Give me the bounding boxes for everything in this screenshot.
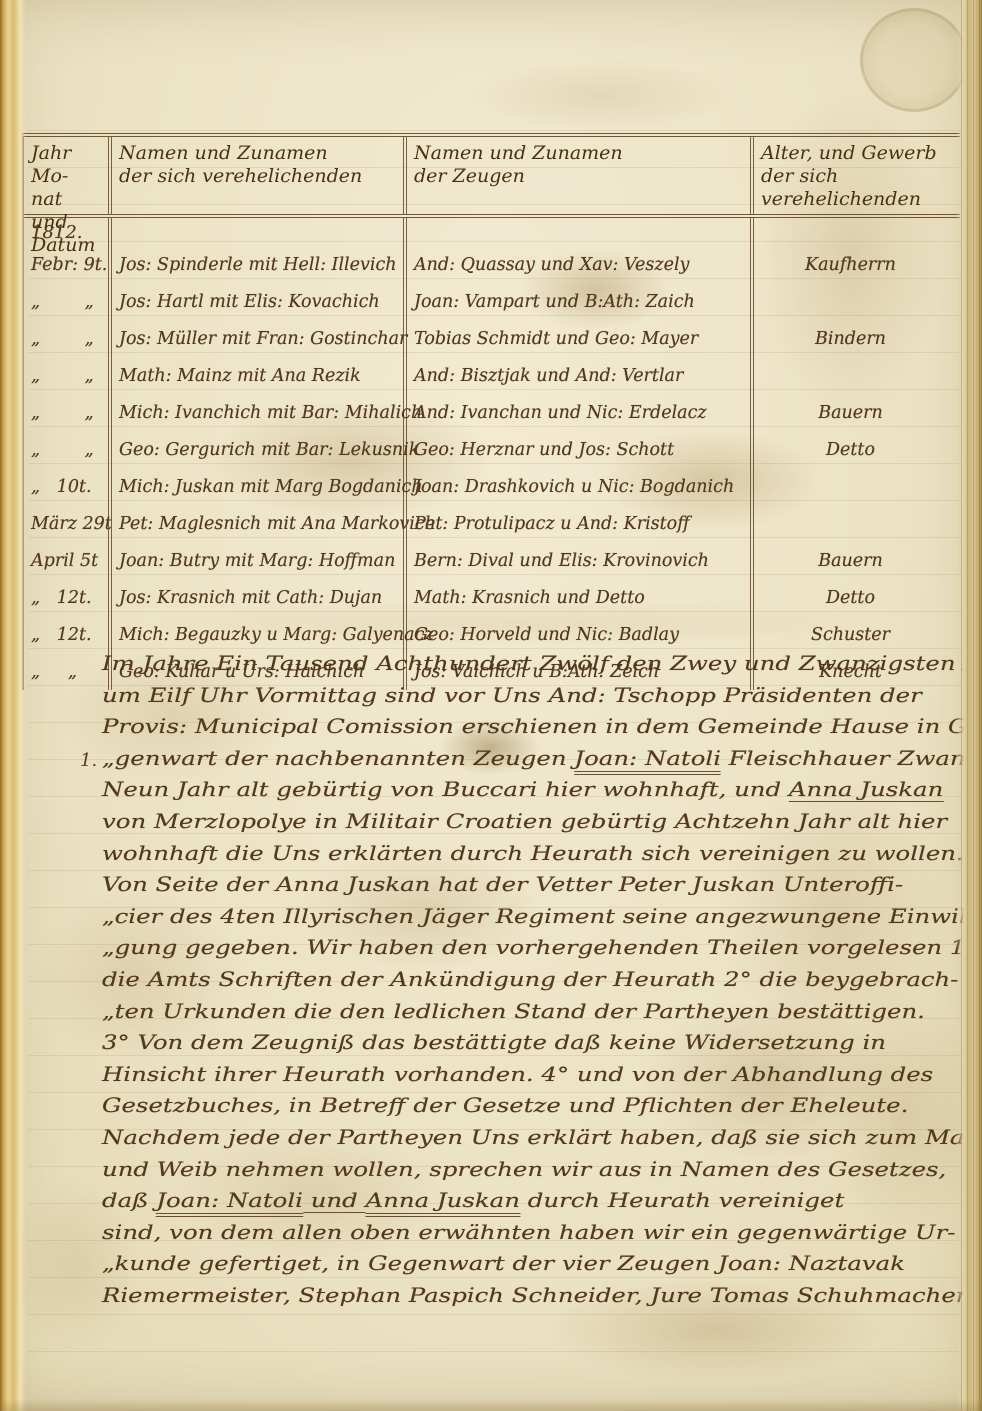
body-line: „kunde gefertiget, in Gegenwart der vier… xyxy=(102,1248,956,1280)
cell-date: Febr: 9t. xyxy=(24,246,112,283)
bottom-page-edge xyxy=(0,1399,982,1411)
cell-date: März 29t xyxy=(24,505,112,542)
body-text-segment: die Amts Schriften der Ankündigung der H… xyxy=(102,967,959,991)
cell-date: „ 12t. xyxy=(24,616,112,653)
body-line: Riemermeister, Stephan Paspich Schneider… xyxy=(102,1280,956,1312)
table-row: „ „Geo: Gergurich mit Bar: LekusnikGeo: … xyxy=(24,431,960,468)
body-line: Provis: Municipal Comission erschienen i… xyxy=(102,711,956,743)
cell-couple: Math: Mainz mit Ana Rezik xyxy=(112,357,407,394)
cell-witnesses: Math: Krasnich und Detto xyxy=(407,579,754,616)
underlined-name: Anna Juskan xyxy=(366,1188,520,1217)
body-text-segment: wohnhaft die Uns erklärten durch Heurath… xyxy=(102,841,964,865)
year-label: 1812. xyxy=(24,218,112,246)
body-line: wohnhaft die Uns erklärten durch Heurath… xyxy=(102,838,956,870)
body-line: „genwart der nachbenannten Zeugen Joan: … xyxy=(102,743,956,775)
table-body: Febr: 9t.Jos: Spinderle mit Hell: Illevi… xyxy=(24,246,960,690)
cell-witnesses: Geo: Herznar und Jos: Schott xyxy=(407,431,754,468)
table-header-row: Jahr Mo- nat und Datum Namen und Zunamen… xyxy=(24,137,960,218)
cell-age-trade: Detto xyxy=(754,431,944,468)
table-row: „ „Jos: Hartl mit Elis: KovachichJoan: V… xyxy=(24,283,960,320)
cell-witnesses: Pet: Protulipacz u And: Kristoff xyxy=(407,505,754,542)
table-row: „ 10t.Mich: Juskan mit Marg BogdanichJoa… xyxy=(24,468,960,505)
table-row: April 5tJoan: Butry mit Marg: HoffmanBer… xyxy=(24,542,960,579)
table-row: „ „Mich: Ivanchich mit Bar: MihalichAnd:… xyxy=(24,394,960,431)
cell-witnesses: Joan: Vampart und B:Ath: Zaich xyxy=(407,283,754,320)
year-row: 1812. xyxy=(24,218,960,246)
cell-couple: Mich: Juskan mit Marg Bogdanich xyxy=(112,468,407,505)
faint-round-stamp-icon xyxy=(860,8,968,112)
table-row: Febr: 9t.Jos: Spinderle mit Hell: Illevi… xyxy=(24,246,960,283)
body-text-segment: „gung gegeben. Wir haben den vorhergehen… xyxy=(102,935,978,959)
cell-date: „ „ xyxy=(24,394,112,431)
cell-witnesses: And: Quassay und Xav: Veszely xyxy=(407,246,754,283)
body-line: 3° Von dem Zeugniß das bestättigte daß k… xyxy=(102,1027,956,1059)
cell-date: „ „ xyxy=(24,283,112,320)
body-text-segment: um Eilf Uhr Vormittag sind vor Uns And: … xyxy=(102,683,922,707)
cell-couple: Jos: Müller mit Fran: Gostinchar xyxy=(112,320,407,357)
cell-age-trade: Bauern xyxy=(754,394,944,431)
body-text-segment: „cier des 4ten Illyrischen Jäger Regimen… xyxy=(102,904,982,928)
body-text-segment: „kunde gefertiget, in Gegenwart der vier… xyxy=(102,1251,905,1275)
cell-witnesses: And: Ivanchan und Nic: Erdelacz xyxy=(407,394,754,431)
body-text-segment: durch Heurath vereiniget xyxy=(520,1188,844,1212)
cell-date: „ „ xyxy=(24,320,112,357)
underlined-name: Joan: Natoli xyxy=(574,746,721,775)
cell-age-trade xyxy=(754,505,944,542)
cell-date: „ „ xyxy=(24,431,112,468)
cell-age-trade: Kaufherrn xyxy=(754,246,944,283)
cell-age-trade: Bindern xyxy=(754,320,944,357)
body-line: von Merzlopolye in Militair Croatien geb… xyxy=(102,806,956,838)
underlined-name: und xyxy=(303,1188,366,1213)
cell-witnesses: And: Bisztjak und And: Vertlar xyxy=(407,357,754,394)
body-text-segment: Nachdem jede der Partheyen Uns erklärt h… xyxy=(102,1125,982,1149)
cell-couple: Jos: Spinderle mit Hell: Illevich xyxy=(112,246,407,283)
cell-witnesses: Tobias Schmidt und Geo: Mayer xyxy=(407,320,754,357)
table-row: „ „Jos: Müller mit Fran: GostincharTobia… xyxy=(24,320,960,357)
cell-witnesses: Bern: Dival und Elis: Krovinovich xyxy=(407,542,754,579)
body-text-segment: daß xyxy=(102,1188,156,1212)
cell-age-trade xyxy=(754,283,944,320)
marriage-act-text: Im Jahre Ein Tausend Achthundert Zwölf d… xyxy=(102,648,956,1311)
body-line: Nachdem jede der Partheyen Uns erklärt h… xyxy=(102,1122,956,1154)
cell-date: „ „ xyxy=(24,653,112,690)
header-date: Jahr Mo- nat und Datum xyxy=(24,137,112,214)
empty-cell xyxy=(754,218,944,246)
cell-couple: Pet: Maglesnich mit Ana Markovich xyxy=(112,505,407,542)
register-table: Jahr Mo- nat und Datum Namen und Zunamen… xyxy=(22,133,960,690)
body-line: Im Jahre Ein Tausend Achthundert Zwölf d… xyxy=(102,648,956,680)
body-line: „cier des 4ten Illyrischen Jäger Regimen… xyxy=(102,901,956,933)
body-text-segment: Provis: Municipal Comission erschienen i… xyxy=(102,714,982,738)
body-line: „ten Urkunden die den ledlichen Stand de… xyxy=(102,996,956,1028)
body-text-segment: Im Jahre Ein Tausend Achthundert Zwölf d… xyxy=(102,651,982,675)
margin-entry-number: 1. xyxy=(80,750,97,771)
body-line: um Eilf Uhr Vormittag sind vor Uns And: … xyxy=(102,680,956,712)
cell-date: „ „ xyxy=(24,357,112,394)
header-couple: Namen und Zunamen der sich verehelichend… xyxy=(112,137,407,214)
cell-couple: Jos: Hartl mit Elis: Kovachich xyxy=(112,283,407,320)
body-line: die Amts Schriften der Ankündigung der H… xyxy=(102,964,956,996)
cell-date: April 5t xyxy=(24,542,112,579)
body-line: sind, von dem allen oben erwähnten haben… xyxy=(102,1217,956,1249)
body-line: Neun Jahr alt gebürtig von Buccari hier … xyxy=(102,774,956,806)
cell-age-trade xyxy=(754,468,944,505)
empty-cell xyxy=(407,218,754,246)
cell-couple: Joan: Butry mit Marg: Hoffman xyxy=(112,542,407,579)
cell-couple: Geo: Gergurich mit Bar: Lekusnik xyxy=(112,431,407,468)
body-text-segment: 3° Von dem Zeugniß das bestättigte daß k… xyxy=(102,1030,886,1054)
header-age-trade: Alter, und Gewerb der sich verehelichend… xyxy=(754,137,944,214)
book-binding-edge xyxy=(0,0,26,1411)
cell-age-trade: Detto xyxy=(754,579,944,616)
underlined-name: Anna Juskan xyxy=(789,777,943,802)
body-text-segment: Fleischhauer Zwanzig xyxy=(721,746,982,770)
body-text-segment: Riemermeister, Stephan Paspich Schneider… xyxy=(102,1283,967,1307)
table-row: März 29tPet: Maglesnich mit Ana Markovic… xyxy=(24,505,960,542)
body-text-segment: „genwart der nachbenannten Zeugen xyxy=(102,746,574,770)
cell-age-trade: Bauern xyxy=(754,542,944,579)
body-text-segment: Von Seite der Anna Juskan hat der Vetter… xyxy=(102,872,903,896)
body-line: daß Joan: Natoli und Anna Juskan durch H… xyxy=(102,1185,956,1217)
empty-cell xyxy=(112,218,407,246)
body-text-segment: sind, von dem allen oben erwähnten haben… xyxy=(102,1220,955,1244)
body-text-segment: Gesetzbuches, in Betreff der Gesetze und… xyxy=(102,1093,908,1117)
body-line: und Weib nehmen wollen, sprechen wir aus… xyxy=(102,1154,956,1186)
body-line: Von Seite der Anna Juskan hat der Vetter… xyxy=(102,869,956,901)
cell-date: „ 10t. xyxy=(24,468,112,505)
body-text-segment: Neun Jahr alt gebürtig von Buccari hier … xyxy=(102,777,789,801)
body-text-segment: und Weib nehmen wollen, sprechen wir aus… xyxy=(102,1157,946,1181)
register-page: Jahr Mo- nat und Datum Namen und Zunamen… xyxy=(0,0,982,1411)
cell-couple: Jos: Krasnich mit Cath: Dujan xyxy=(112,579,407,616)
table-row: „ 12t.Jos: Krasnich mit Cath: DujanMath:… xyxy=(24,579,960,616)
page-stack-edge xyxy=(956,0,982,1411)
page-leaf-lines xyxy=(956,0,982,1411)
body-text-segment: Hinsicht ihrer Heurath vorhanden. 4° und… xyxy=(102,1062,933,1086)
body-text-segment: „ten Urkunden die den ledlichen Stand de… xyxy=(102,999,925,1023)
cell-couple: Mich: Ivanchich mit Bar: Mihalich xyxy=(112,394,407,431)
body-line: „gung gegeben. Wir haben den vorhergehen… xyxy=(102,932,956,964)
cell-age-trade xyxy=(754,357,944,394)
body-text-segment: von Merzlopolye in Militair Croatien geb… xyxy=(102,809,947,833)
cell-witnesses: Joan: Drashkovich u Nic: Bogdanich xyxy=(407,468,754,505)
cell-date: „ 12t. xyxy=(24,579,112,616)
body-line: Gesetzbuches, in Betreff der Gesetze und… xyxy=(102,1090,956,1122)
header-witnesses: Namen und Zunamen der Zeugen xyxy=(407,137,754,214)
table-row: „ „Math: Mainz mit Ana RezikAnd: Bisztja… xyxy=(24,357,960,394)
underlined-name: Joan: Natoli xyxy=(156,1188,303,1217)
body-line: Hinsicht ihrer Heurath vorhanden. 4° und… xyxy=(102,1059,956,1091)
